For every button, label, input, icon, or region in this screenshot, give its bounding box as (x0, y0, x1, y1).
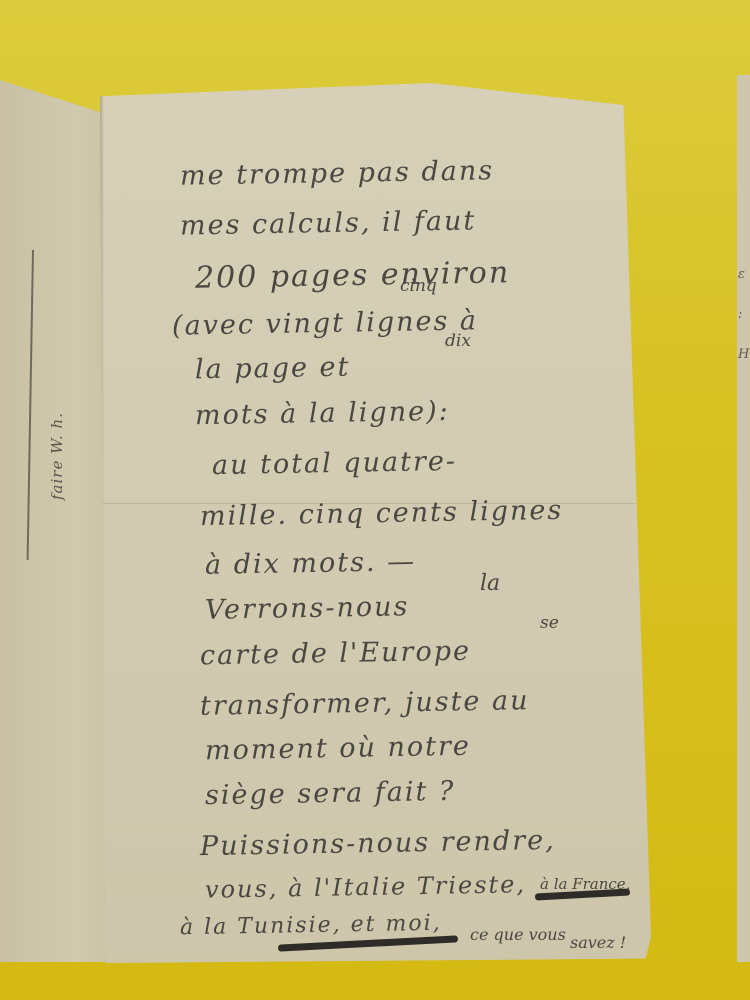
right-margin-marks: ɛ : H (738, 255, 750, 375)
letter-line-4: (avec vingt lignes à (172, 305, 479, 341)
margin-rule (27, 250, 34, 560)
letter-line-7: au total quatre- (212, 446, 457, 481)
letter-line-9: à dix mots. — (205, 546, 417, 581)
letter-line-13: moment où notre (205, 731, 471, 767)
left-page: faire W. h. (0, 80, 110, 962)
left-margin-text: faire W. h. (48, 300, 68, 500)
letter-line-14: siège sera fait ? (205, 776, 456, 811)
insert-se: se (540, 613, 559, 633)
insert-ce-que-vous: ce que vous (470, 925, 566, 944)
letter-line-18: savez ! (570, 933, 626, 952)
right-page-edge: ɛ : H (737, 75, 750, 962)
letter-line-1: me trompe pas dans (180, 155, 495, 191)
letter-line-11: carte de l'Europe (200, 636, 471, 672)
insert-dix: dix (445, 331, 471, 351)
letter-line-2: mes calculs, il faut (180, 205, 477, 241)
letter-line-5: la page et (195, 352, 351, 386)
letter-line-12: transformer, juste au (200, 685, 530, 722)
letter-line-17: à la Tunisie, et moi, (180, 911, 442, 941)
letter-line-15: Puissions-nous rendre, (200, 825, 556, 862)
letter-line-6: mots à la ligne): (195, 396, 450, 431)
insert-cinq: cinq (400, 276, 437, 296)
letter-line-16: vous, à l'Italie Trieste, (205, 870, 526, 904)
insert-la: la (480, 571, 500, 596)
letter-line-3: 200 pages environ (195, 255, 511, 295)
letter-line-8: mille. cinq cents lignes (200, 495, 564, 532)
letter-line-10: Verrons-nous (205, 591, 410, 626)
letter-page: me trompe pas dans mes calculs, il faut … (100, 83, 651, 963)
